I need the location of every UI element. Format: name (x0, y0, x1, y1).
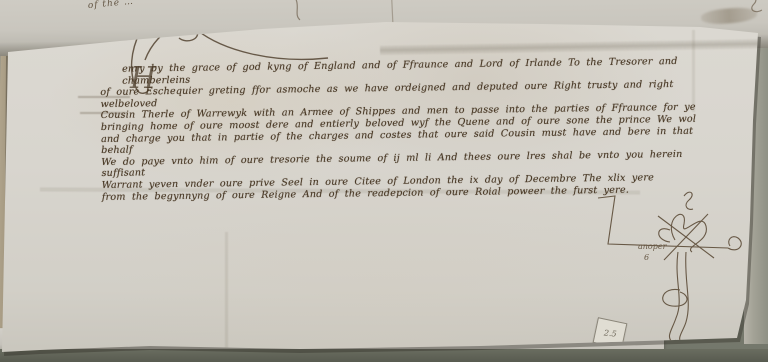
dark-streak-crease (380, 39, 766, 56)
sticker-number: 2.5 (603, 328, 617, 338)
paraph-right-curl (728, 237, 741, 250)
paraph-digit: 6 (644, 253, 649, 262)
paraph-loop (663, 289, 687, 306)
vertical-fold-crease (225, 232, 228, 348)
descender-stroke (296, 0, 300, 20)
paraph-vertical-tail (669, 252, 679, 342)
corner-squiggle (746, 0, 762, 12)
paraph-word: anoper (638, 242, 668, 251)
photograph-of-parchment: of the … H enry by the grace of god kyng… (0, 0, 768, 362)
paraph-s-curl (684, 192, 693, 209)
main-parchment: H enry by the grace of god kyng of Engla… (0, 0, 768, 362)
